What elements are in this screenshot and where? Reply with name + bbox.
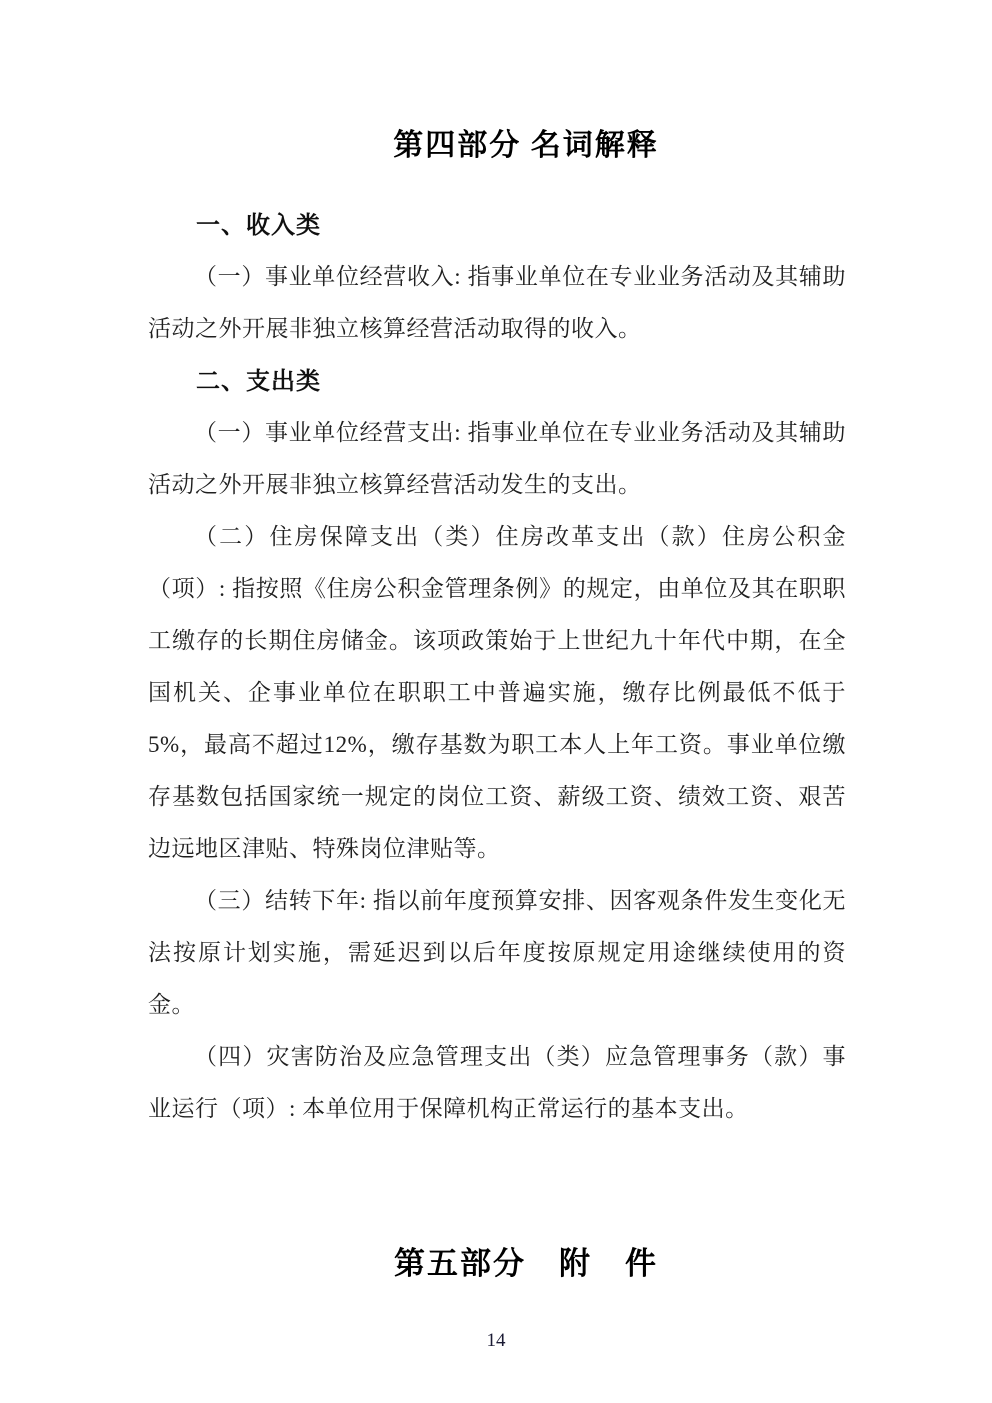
paragraph-emergency-management: （四）灾害防治及应急管理支出（类）应急管理事务（款）事业运行（项）: 本单位用于…: [148, 1031, 846, 1135]
paragraph-carryover: （三）结转下年: 指以前年度预算安排、因客观条件发生变化无法按原计划实施，需延迟…: [148, 875, 846, 1031]
section-heading-income: 一、收入类: [148, 199, 846, 251]
part5-title: 第五部分 附 件: [30, 1242, 992, 1286]
paragraph-operating-income: （一）事业单位经营收入: 指事业单位在专业业务活动及其辅助活动之外开展非独立核算…: [148, 251, 846, 355]
part4-title: 第四部分 名词解释: [30, 124, 992, 168]
document-page: 第四部分 名词解释 一、收入类 （一）事业单位经营收入: 指事业单位在专业业务活…: [0, 0, 992, 1403]
paragraph-housing-fund: （二）住房保障支出（类）住房改革支出（款）住房公积金（项）: 指按照《住房公积金…: [148, 511, 846, 875]
paragraph-operating-expenditure: （一）事业单位经营支出: 指事业单位在专业业务活动及其辅助活动之外开展非独立核算…: [148, 407, 846, 511]
section-heading-expenditure: 二、支出类: [148, 355, 846, 407]
document-body: 一、收入类 （一）事业单位经营收入: 指事业单位在专业业务活动及其辅助活动之外开…: [0, 199, 992, 1135]
page-number: 14: [0, 1329, 992, 1353]
